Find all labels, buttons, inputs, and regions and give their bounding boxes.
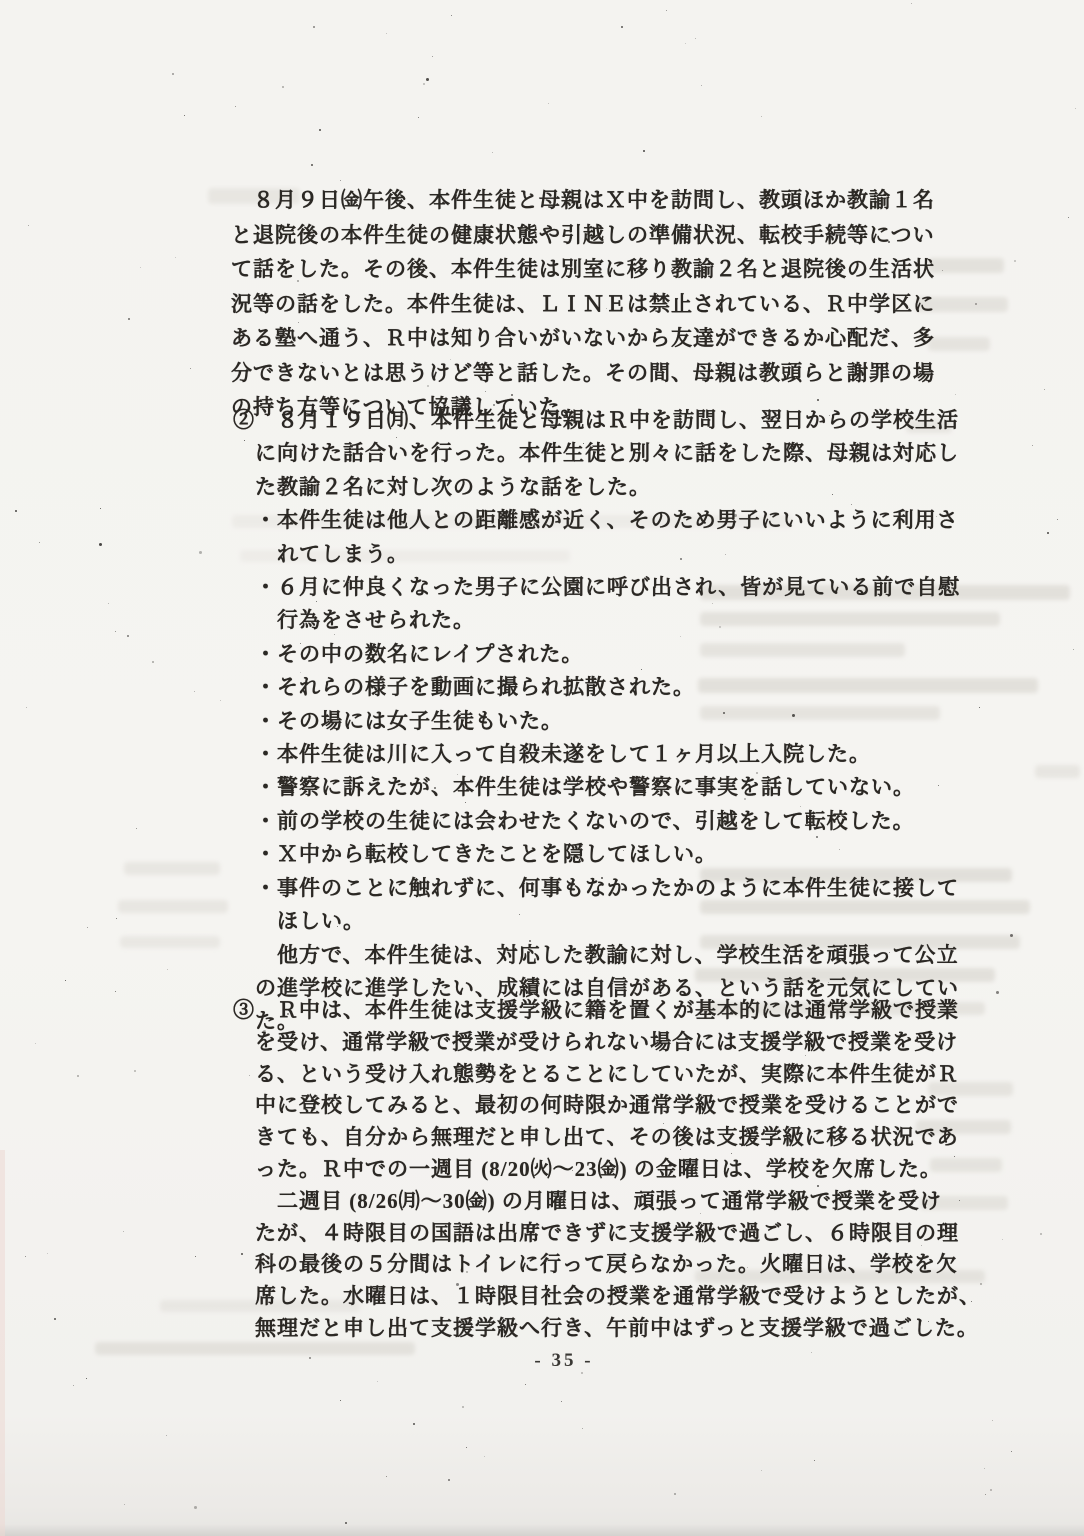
scan-edge-tint: [0, 1150, 5, 1536]
scan-edge-shadow: [0, 1524, 1084, 1536]
scanned-document-page: ８月９日㈮午後、本件生徒と母親はＸ中を訪問し、教頭ほか教諭１名 と退院後の本件生…: [0, 0, 1084, 1536]
bleedthrough-mark: [124, 862, 220, 875]
section-3-paragraph: ③ Ｒ中は、本件生徒は支援学級に籍を置くが基本的には通常学級で授業 を受け、通常…: [233, 995, 981, 1345]
bleedthrough-mark: [1035, 765, 1080, 778]
section-2-paragraph: ② ８月１９日㈪、本件生徒と母親はＲ中を訪問し、翌日からの学校生活 に向けた話合…: [233, 404, 960, 1039]
bleedthrough-mark: [120, 936, 220, 948]
bleedthrough-mark: [928, 337, 990, 351]
bleedthrough-mark: [118, 900, 228, 913]
page-number: - 35 -: [534, 1350, 593, 1372]
bleedthrough-mark: [928, 258, 1004, 273]
paragraph-1: ８月９日㈮午後、本件生徒と母親はＸ中を訪問し、教頭ほか教諭１名 と退院後の本件生…: [231, 183, 935, 425]
